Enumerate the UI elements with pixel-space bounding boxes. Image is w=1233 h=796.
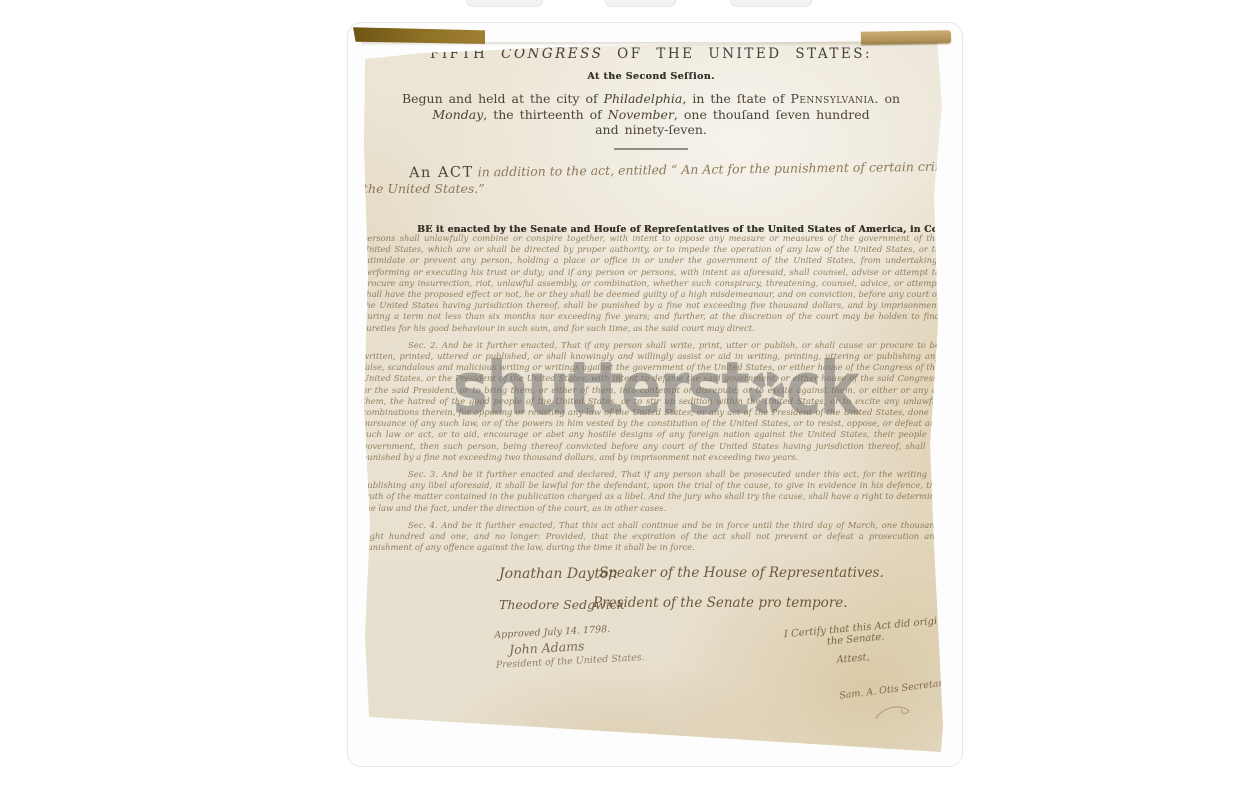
begun-line-2: Monday, the thirteenth of November, one … <box>353 107 949 123</box>
parchment-sheet: FIFTH CONGRESS OF THE UNITED STATES: At … <box>353 25 949 758</box>
section-1: persons shall unlawfully combine or cons… <box>362 233 940 334</box>
title-post: OF THE UNITED STATES: <box>603 46 872 62</box>
handwritten-body: persons shall unlawfully combine or cons… <box>362 233 940 559</box>
begun-line-1: Begun and held at the city of Philadelph… <box>353 91 949 107</box>
act-label: An ACT <box>409 164 474 181</box>
signature-secretary: Sam. A. Otis Secretary <box>839 677 949 701</box>
document-title: FIFTH CONGRESS OF THE UNITED STATES: <box>353 46 949 62</box>
title-congress: CONGRESS <box>501 46 603 62</box>
document-photo: FIFTH CONGRESS OF THE UNITED STATES: At … <box>353 25 953 762</box>
cropped-button-3[interactable] <box>730 0 812 7</box>
title-pre: FIFTH <box>430 46 501 62</box>
begun-paragraph: Begun and held at the city of Philadelph… <box>353 91 949 138</box>
act-title-text: in addition to the act, entitled “ An Ac… <box>474 158 963 180</box>
header-divider <box>614 148 688 150</box>
signature-speaker-title: Speaker of the House of Representatives. <box>599 565 884 581</box>
act-title-line-1: An ACT in addition to the act, entitled … <box>409 156 945 182</box>
cropped-button-2[interactable] <box>605 0 676 7</box>
section-2: Sec. 2. And be it further enacted, That … <box>362 340 940 463</box>
certification-block: I Certify that this Act did originate in… <box>784 613 963 670</box>
session-subtitle: At the Second Seſſion. <box>353 71 949 82</box>
attest-line: Attest, <box>836 643 963 666</box>
act-title-line-2: the United States.” <box>363 181 485 196</box>
section-3: Sec. 3. And be it further enacted and de… <box>362 469 940 514</box>
section-4: Sec. 4. And be it further enacted, That … <box>362 520 940 554</box>
cropped-button-1[interactable] <box>466 0 543 7</box>
approval-block: Approved July 14. 1798. John Adams Presi… <box>494 622 645 671</box>
ink-flourish <box>872 701 913 722</box>
signature-senate-president-title: President of the Senate pro tempore. <box>593 595 848 611</box>
top-edge-shadow <box>361 42 939 46</box>
page: { "watermark": { "left": "shutterst", "r… <box>0 0 1233 796</box>
stock-photo-card[interactable]: FIFTH CONGRESS OF THE UNITED STATES: At … <box>347 22 963 767</box>
begun-line-3: and ninety-ſeven. <box>353 122 949 138</box>
